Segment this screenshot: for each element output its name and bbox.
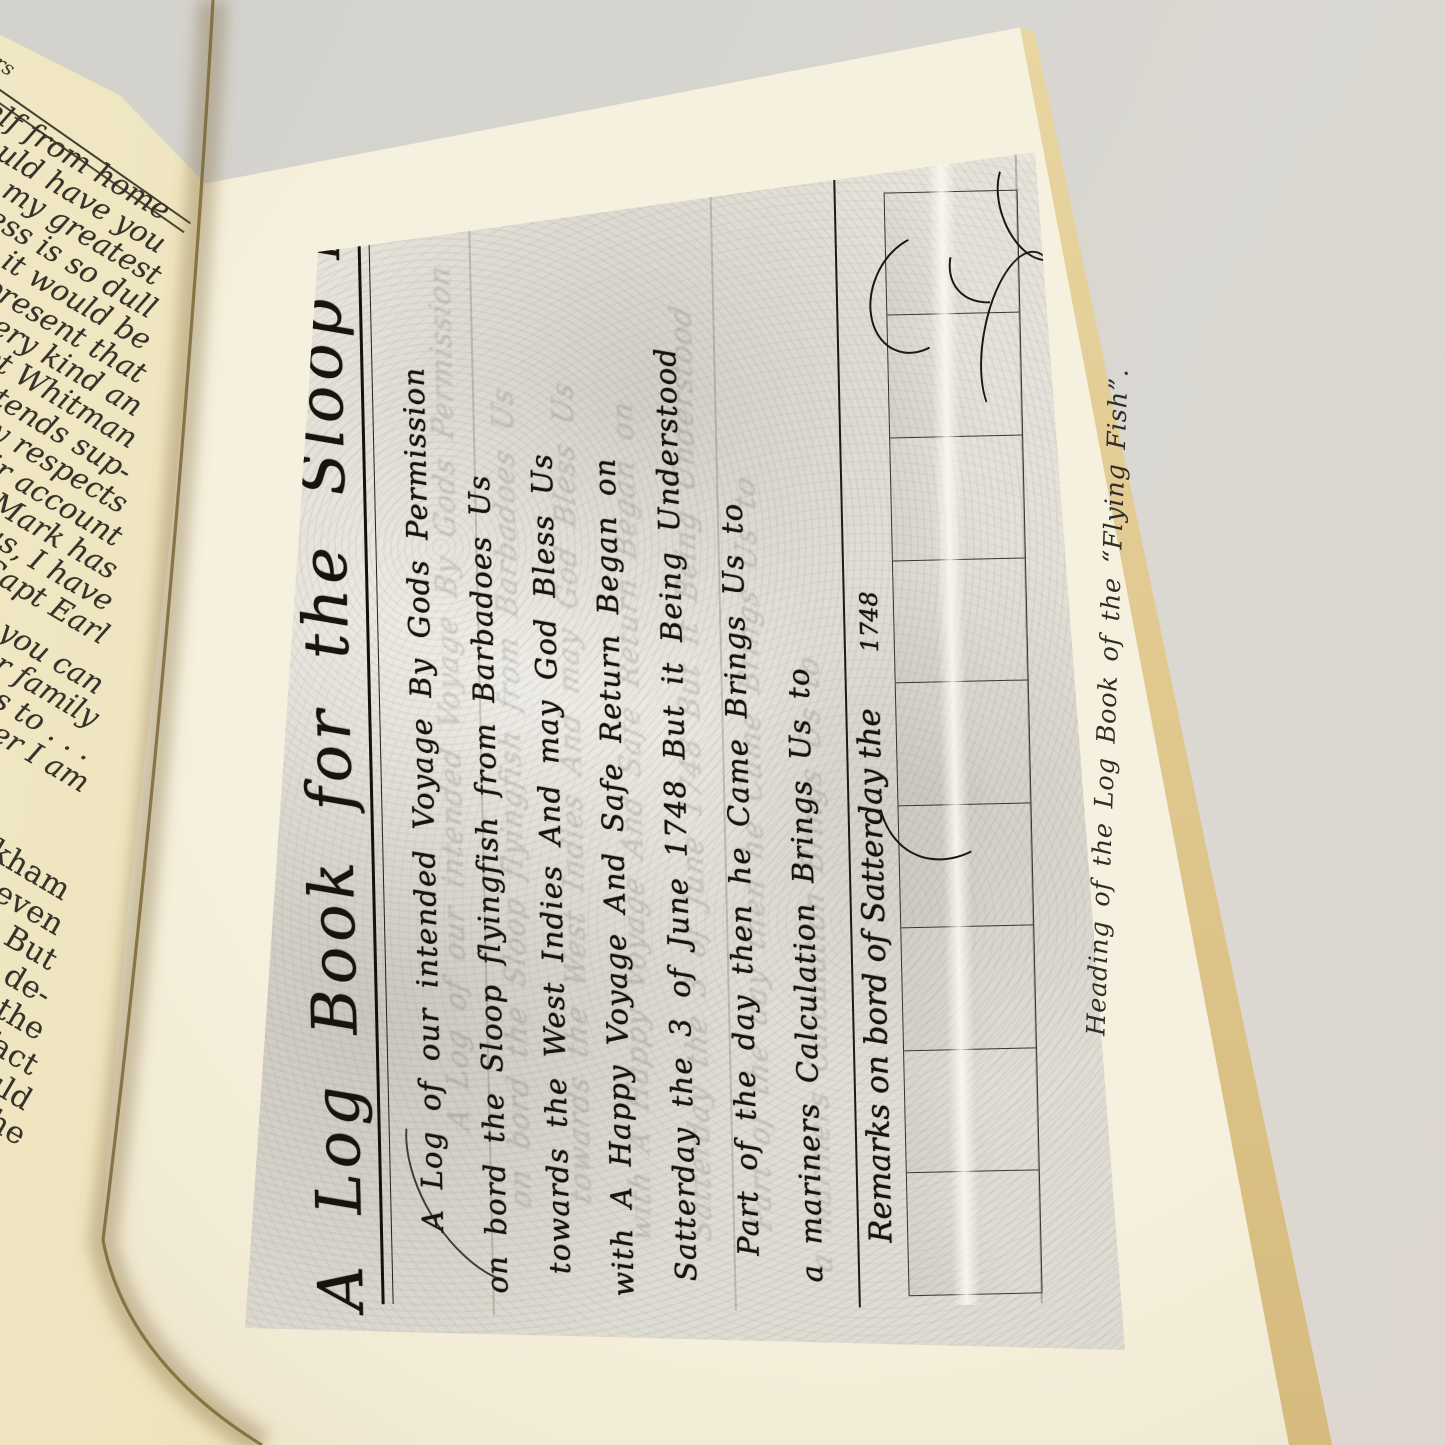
handwritten-log-heading: A Log Book for the SloopFlying fish A Lo… [279,152,1105,1320]
remarks-year: 1748 [855,591,884,653]
book-photo: rs ourself from homeI would have youuld … [0,0,1445,1445]
logbook-plate-photo: A Log Book for the SloopFlying fish A Lo… [245,150,1135,1355]
running-header-fragment: rs [0,50,20,81]
